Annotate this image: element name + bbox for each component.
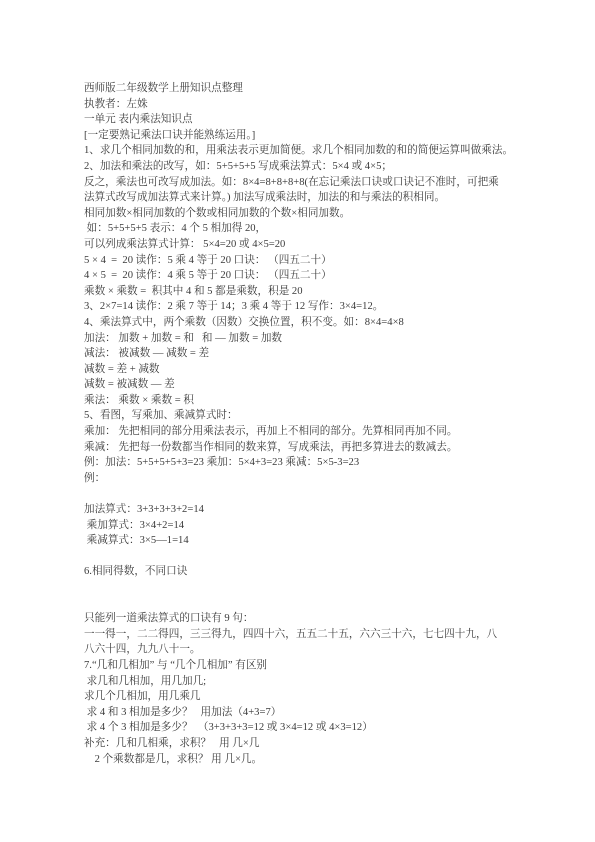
text-line: 求几和几相加，用几加几;	[84, 674, 516, 690]
text-line: 加法： 加数 + 加数 = 和 和 — 加数 = 加数	[84, 331, 516, 347]
text-line: 2 个乘数都是几，求积？ 用 几×几。	[84, 752, 516, 768]
text-line: 补充：几和几相乘，求积？ 用 几×几	[84, 736, 516, 752]
blank-line	[84, 580, 516, 596]
text-line: 4 × 5 = 20 读作：4 乘 5 等于 20 口诀： （四五二十）	[84, 268, 516, 284]
text-line: 乘加： 先把相同的部分用乘法表示，再加上不相同的部分。先算相同再加不同。	[84, 424, 516, 440]
text-line: 3、2×7=14 读作：2 乘 7 等于 14；3 乘 4 等于 12 写作：3…	[84, 299, 516, 315]
text-line: 6.相同得数，不同口诀	[84, 564, 516, 580]
teacher-line: 执教者：左姝	[84, 97, 516, 113]
text-line: 2、加法和乘法的改写，如：5+5+5+5 写成乘法算式：5×4 或 4×5；	[84, 159, 516, 175]
document-content: 西师版二年级数学上册知识点整理 执教者：左姝 一单元 表内乘法知识点 [一定要熟…	[84, 81, 516, 767]
text-line: 乘减： 先把每一份数都当作相同的数来算，写成乘法，再把多算进去的数减去。	[84, 440, 516, 456]
text-line: 可以列成乘法算式计算： 5×4=20 或 4×5=20	[84, 237, 516, 253]
text-line: 求几个几相加，用几乘几	[84, 689, 516, 705]
unit-heading-line: 一单元 表内乘法知识点	[84, 112, 516, 128]
document-page: 西师版二年级数学上册知识点整理 执教者：左姝 一单元 表内乘法知识点 [一定要熟…	[0, 0, 595, 842]
text-line: 一一得一，二二得四，三三得九，四四十六，五五二十五，六六三十六，七七四十九，八	[84, 627, 516, 643]
text-line: 5、看图，写乘加、乘减算式时：	[84, 408, 516, 424]
text-line: 相同加数×相同加数的个数或相同加数的个数×相同加数。	[84, 206, 516, 222]
text-line: 7.“几和几相加” 与 “几个几相加” 有区别	[84, 658, 516, 674]
blank-line	[84, 549, 516, 565]
text-line: 反之，乘法也可改写成加法。如：8×4=8+8+8+8(在忘记乘法口诀或口诀记不准…	[84, 175, 516, 191]
text-line: [一定要熟记乘法口诀并能熟练运用。]	[84, 128, 516, 144]
text-line: 加法算式：3+3+3+3+2=14	[84, 502, 516, 518]
text-line: 例：	[84, 471, 516, 487]
text-line: 法算式改写成加法算式来计算。) 加法写成乘法时，加法的和与乘法的积相同。	[84, 190, 516, 206]
text-line: 乘数 × 乘数 = 积其中 4 和 5 都是乘数，积是 20	[84, 284, 516, 300]
blank-line	[84, 486, 516, 502]
text-line: 求 4 和 3 相加是多少？ 用加法（4+3=7）	[84, 705, 516, 721]
text-line: 只能列一道乘法算式的口诀有 9 句：	[84, 611, 516, 627]
text-line: 减数 = 差 + 减数	[84, 362, 516, 378]
text-line: 乘减算式：3×5—1=14	[84, 533, 516, 549]
text-line: 乘法： 乘数 × 乘数 = 积	[84, 393, 516, 409]
text-line: 如：5+5+5+5 表示：4 个 5 相加得 20，	[84, 221, 516, 237]
text-line: 1、求几个相同加数的和，用乘法表示更加简便。求几个相同加数的和的简便运算叫做乘法…	[84, 143, 516, 159]
text-line: 4、乘法算式中，两个乘数（因数）交换位置，积不变。如：8×4=4×8	[84, 315, 516, 331]
text-line: 乘加算式：3×4+2=14	[84, 518, 516, 534]
text-line: 例：加法：5+5+5+5+3=23 乘加：5×4+3=23 乘减：5×5-3=2…	[84, 455, 516, 471]
text-line: 减数 = 被减数 — 差	[84, 377, 516, 393]
text-line: 求 4 个 3 相加是多少？ （3+3+3+3=12 或 3×4=12 或 4×…	[84, 720, 516, 736]
text-line: 八六十四，九九八十一。	[84, 642, 516, 658]
text-line: 减法： 被减数 — 减数 = 差	[84, 346, 516, 362]
text-line: 5 × 4 = 20 读作：5 乘 4 等于 20 口诀： （四五二十）	[84, 253, 516, 269]
doc-title-line: 西师版二年级数学上册知识点整理	[84, 81, 516, 97]
blank-line	[84, 596, 516, 612]
